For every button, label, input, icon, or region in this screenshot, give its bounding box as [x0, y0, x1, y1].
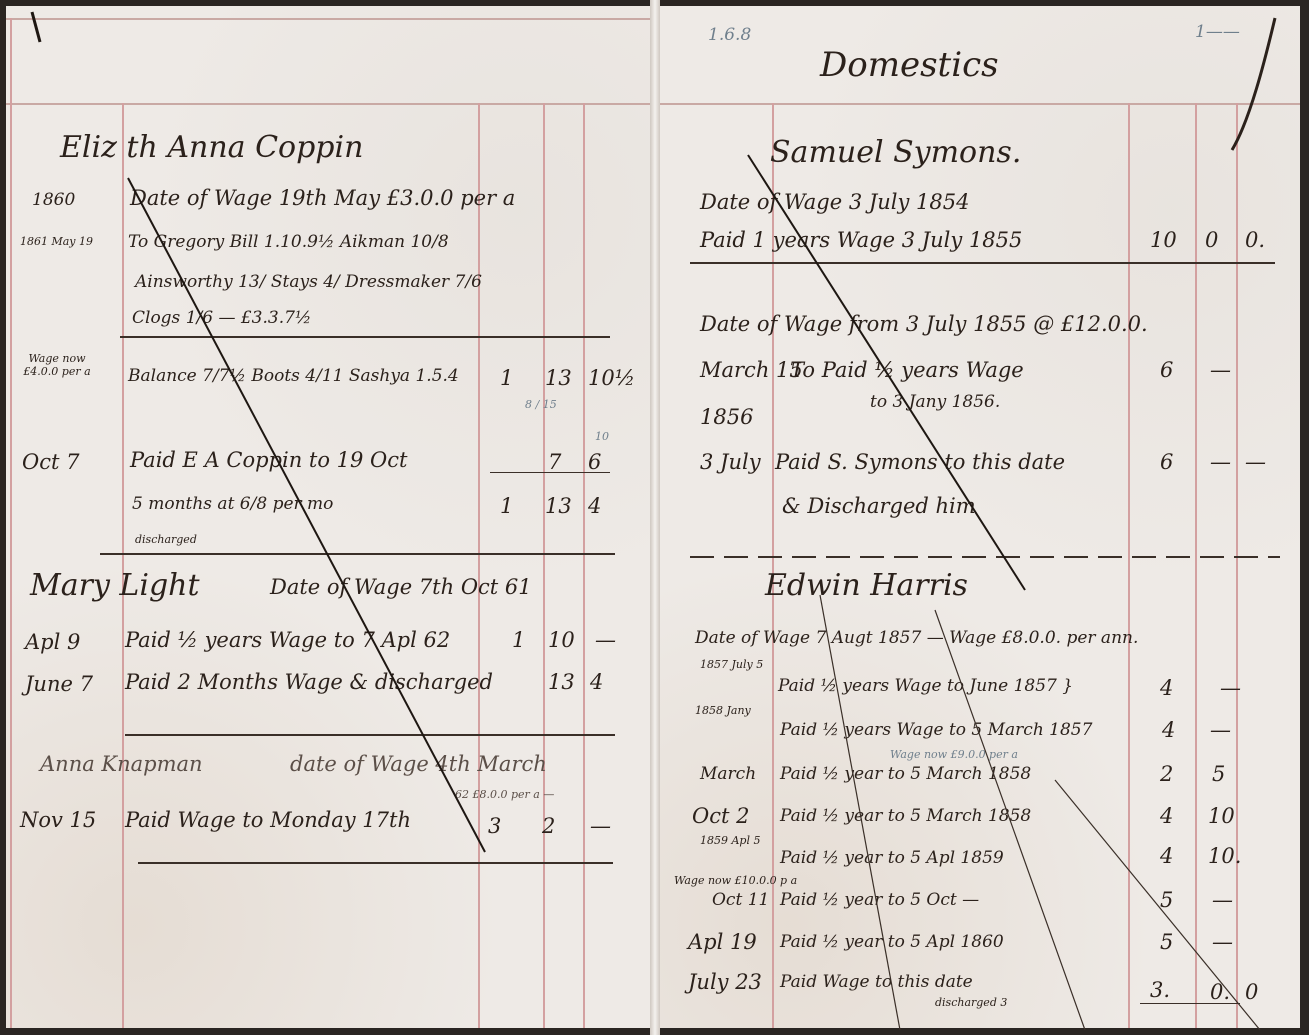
entry-text: Paid ½ year to 5 Apl 1859: [780, 848, 1004, 868]
entry-text: Paid S. Symons to this date: [775, 450, 1065, 474]
pencil-calc: 10: [595, 430, 609, 443]
entry-text: Paid ½ year to 5 March 1858: [780, 764, 1031, 784]
amount-pounds: 6: [1160, 358, 1173, 382]
entry-text: Paid Wage to this date: [780, 972, 973, 992]
pence-column-line-right: [1236, 103, 1238, 1028]
entry-text: To Paid ½ years Wage: [790, 358, 1024, 382]
amount-pounds: 4: [1160, 676, 1173, 700]
amount-shillings: 7: [548, 450, 561, 474]
entry-date: Nov 15: [20, 808, 96, 832]
amount-pence: 4: [588, 494, 601, 518]
amount-pence: —: [590, 814, 611, 838]
amount-pence: —: [595, 628, 616, 652]
entry-text: Paid ½ year to 5 Apl 1860: [780, 932, 1004, 952]
entry-date: Apl 9: [25, 630, 80, 654]
entry-text: Clogs 1/6 — £3.3.7½: [132, 308, 311, 328]
amount-pounds: 10: [1150, 228, 1177, 252]
wage-rate-note: 62 £8.0.0 per a —: [455, 788, 554, 801]
section-divider: [690, 556, 1280, 558]
entry-text: To Gregory Bill 1.10.9½ Aikman 10/8: [128, 232, 449, 252]
amount-pounds: 6: [1160, 450, 1173, 474]
amount-pounds: 1: [500, 366, 513, 390]
entry-text: Paid E A Coppin to 19 Oct: [130, 448, 407, 472]
amount-shillings: —: [1210, 358, 1231, 382]
entry-date: Oct 7: [22, 450, 79, 474]
amount-pence: —: [1245, 450, 1266, 474]
entry-text: Ainsworthy 13/ Stays 4/ Dressmaker 7/6: [135, 272, 482, 292]
header-rule: [6, 103, 650, 105]
amount-shillings: 0: [1205, 228, 1218, 252]
entry-text: Date of Wage 19th May £3.0.0 per a: [130, 186, 515, 210]
amount-pounds: 4: [1160, 844, 1173, 868]
entry-date: 1860: [32, 190, 75, 210]
amount-shillings: 13: [548, 670, 575, 694]
amount-pence: 0.: [1245, 228, 1265, 252]
entry-text: Paid ½ years Wage to 7 Apl 62: [125, 628, 450, 652]
amount-pounds: 3.: [1150, 978, 1170, 1002]
entry-date: 1857 July 5: [700, 658, 763, 671]
amount-pounds: 4: [1160, 804, 1173, 828]
pencil-calc: 8 / 15: [525, 398, 557, 411]
amount-pounds: 2: [1160, 762, 1173, 786]
entry-text: Balance 7/7½ Boots 4/11 Sashya 1.5.4: [128, 366, 459, 386]
entry-date-text: March 15: [700, 358, 803, 382]
total-rule: [1140, 1003, 1240, 1004]
amount-pence: 10½: [588, 366, 635, 390]
entry-date: 3 July: [700, 450, 761, 474]
section-name: Anna Knapman: [40, 752, 203, 776]
entry-date: March: [700, 764, 756, 784]
entry-text: Paid 2 Months Wage & discharged: [125, 670, 493, 694]
wage-date-note: date of Wage 4th March: [290, 752, 547, 776]
book-gutter: [650, 0, 660, 1035]
amount-shillings: 10.: [1208, 844, 1241, 868]
pounds-column-line-right: [1128, 103, 1130, 1028]
entry-text: 5 months at 6/8 per mo: [132, 494, 333, 514]
section-rule: [100, 553, 615, 555]
top-rule: [6, 18, 650, 20]
pencil-wage-note: Wage now £9.0.0 per a: [890, 748, 1018, 761]
amount-shillings: —: [1210, 450, 1231, 474]
entry-text: Paid Wage to Monday 17th: [125, 808, 411, 832]
pence-column-line: [583, 103, 585, 1028]
amount-shillings: —: [1210, 718, 1231, 742]
entry-text: Date of Wage 3 July 1854: [700, 190, 970, 214]
pencil-folio: 1.6.8: [708, 25, 751, 45]
amount-pence: 0: [1245, 980, 1258, 1004]
entry-text: Paid ½ years Wage to 5 March 1857: [780, 720, 1092, 740]
section-name: Samuel Symons.: [770, 135, 1021, 170]
amount-pence: 4: [590, 670, 603, 694]
section-name: Edwin Harris: [765, 568, 968, 603]
amount-shillings: —: [1212, 930, 1233, 954]
amount-pounds: 3: [488, 814, 501, 838]
entry-text: to 3 Jany 1856.: [870, 392, 1000, 412]
wage-note: Wage now £10.0.0 p a: [674, 874, 797, 887]
entry-text: Paid 1 years Wage 3 July 1855: [700, 228, 1022, 252]
entry-date: 1856: [700, 405, 753, 429]
shillings-column-line-right: [1195, 103, 1197, 1028]
header-rule-right: [660, 103, 1300, 105]
section-rule: [138, 862, 613, 864]
section-rule: [690, 262, 1275, 264]
entry-date: Oct 11: [712, 890, 769, 910]
wage-note: Wage now £4.0.0 per a: [22, 352, 92, 378]
shillings-column-line: [543, 103, 545, 1028]
entry-text: Paid ½ years Wage to June 1857 }: [778, 676, 1073, 696]
entry-date: July 23: [688, 970, 762, 994]
amount-pence: 6: [588, 450, 601, 474]
entry-text: Paid ½ year to 5 March 1858: [780, 806, 1031, 826]
amount-shillings: 0.: [1210, 980, 1230, 1004]
wage-date-note: Date of Wage 7th Oct 61: [270, 575, 532, 599]
amount-pounds: 5: [1160, 930, 1173, 954]
pencil-folio: 1——: [1195, 22, 1240, 42]
entry-date: 1861 May 19: [20, 235, 93, 248]
amount-shillings: —: [1220, 676, 1241, 700]
entry-date: Apl 19: [688, 930, 757, 954]
section-rule: [125, 734, 615, 736]
entry-text: & Discharged him: [782, 494, 976, 518]
amount-shillings: 10: [548, 628, 575, 652]
entry-date: June 7: [25, 672, 93, 696]
entry-note: discharged 3: [935, 996, 1007, 1009]
date-column-line: [122, 103, 124, 1028]
amount-pounds: 1: [512, 628, 525, 652]
amount-pounds: 4: [1162, 718, 1175, 742]
section-name: Eliz th Anna Coppin: [60, 130, 363, 165]
amount-shillings: —: [1212, 888, 1233, 912]
page-heading: Domestics: [820, 45, 999, 85]
entry-text: Date of Wage from 3 July 1855 @ £12.0.0.: [700, 312, 1148, 336]
entry-date: 1858 Jany: [695, 704, 751, 717]
amount-shillings: 10: [1208, 804, 1235, 828]
entry-text: Paid ½ year to 5 Oct —: [780, 890, 979, 910]
entry-date: 1859 Apl 5: [700, 834, 761, 847]
entry-note: discharged: [135, 533, 197, 546]
amount-pounds: 1: [500, 494, 513, 518]
section-name: Mary Light: [30, 568, 200, 603]
amount-shillings: 2: [542, 814, 555, 838]
amount-pounds: 5: [1160, 888, 1173, 912]
margin-line: [10, 18, 12, 1028]
entry-date: Oct 2: [692, 804, 749, 828]
amount-shillings: 13: [545, 494, 572, 518]
amount-shillings: 5: [1212, 762, 1225, 786]
amount-shillings: 13: [545, 366, 572, 390]
pounds-column-line: [478, 103, 480, 1028]
section-rule: [120, 336, 610, 338]
entry-text: Date of Wage 7 Augt 1857 — Wage £8.0.0. …: [695, 628, 1138, 648]
